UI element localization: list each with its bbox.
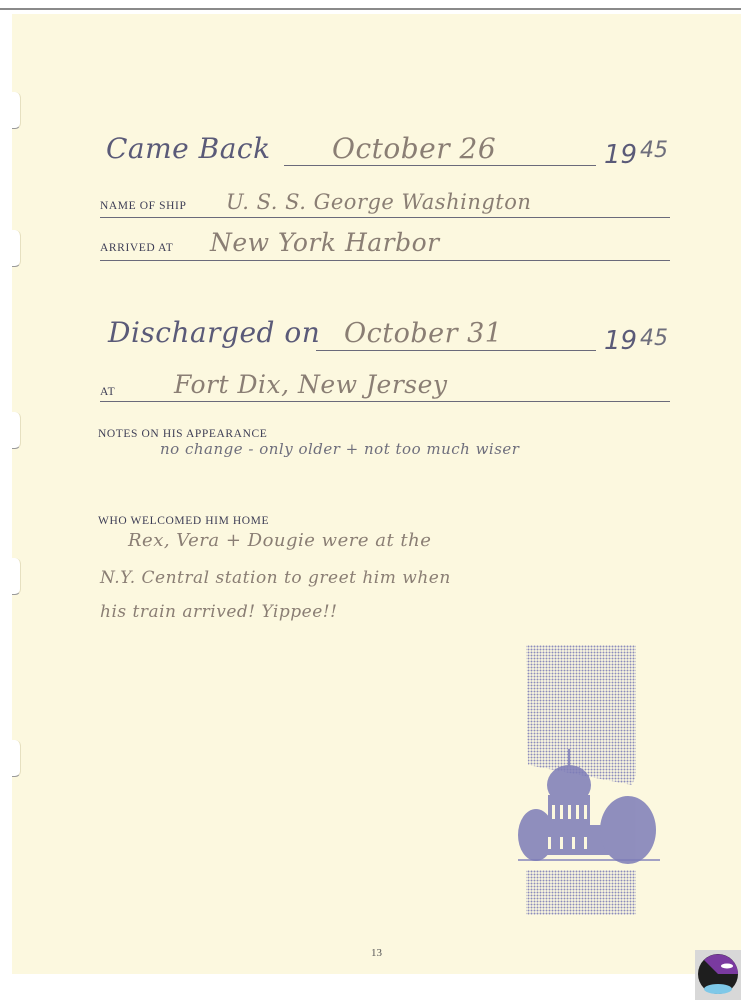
ship-value: U. S. S. George Washington [226, 190, 531, 214]
came-back-date: October 26 [332, 132, 496, 165]
discharged-at-line [100, 401, 670, 402]
came-back-heading: Came Back [106, 132, 271, 165]
came-back-year-suffix: 45 [640, 138, 668, 163]
discharged-at-label: AT [100, 386, 115, 398]
ship-label: NAME OF SHIP [100, 200, 186, 212]
binding-notch [12, 92, 21, 129]
scan-top-edge [0, 8, 741, 10]
appearance-label: NOTES ON HIS APPEARANCE [98, 428, 267, 440]
binding-notch [12, 230, 21, 267]
came-back-date-line [284, 165, 596, 166]
discharged-date: October 31 [344, 318, 502, 349]
came-back-year-prefix: 19 [604, 140, 637, 170]
squadron-badge-icon [695, 950, 741, 1000]
page-number: 13 [371, 947, 382, 959]
binding-notch [12, 558, 21, 595]
welcomed-line-2: N.Y. Central station to greet him when [100, 568, 451, 588]
ship-line [100, 217, 670, 218]
discharged-date-line [316, 350, 596, 351]
discharged-at-value: Fort Dix, New Jersey [174, 370, 448, 399]
welcomed-line-1: Rex, Vera + Dougie were at the [128, 530, 431, 551]
arrived-value: New York Harbor [210, 228, 440, 257]
welcomed-line-3: his train arrived! Yippee!! [100, 602, 337, 622]
arrived-line [100, 260, 670, 261]
discharged-year-suffix: 45 [640, 326, 668, 351]
arrived-label: ARRIVED AT [100, 242, 173, 254]
capitol-illustration [518, 645, 660, 915]
appearance-value: no change - only older + not too much wi… [160, 440, 519, 458]
binding-notch [12, 412, 21, 449]
discharged-year-prefix: 19 [604, 326, 637, 356]
welcomed-label: WHO WELCOMED HIM HOME [98, 515, 269, 527]
discharged-heading: Discharged on [108, 316, 320, 349]
binding-notch [12, 740, 21, 777]
